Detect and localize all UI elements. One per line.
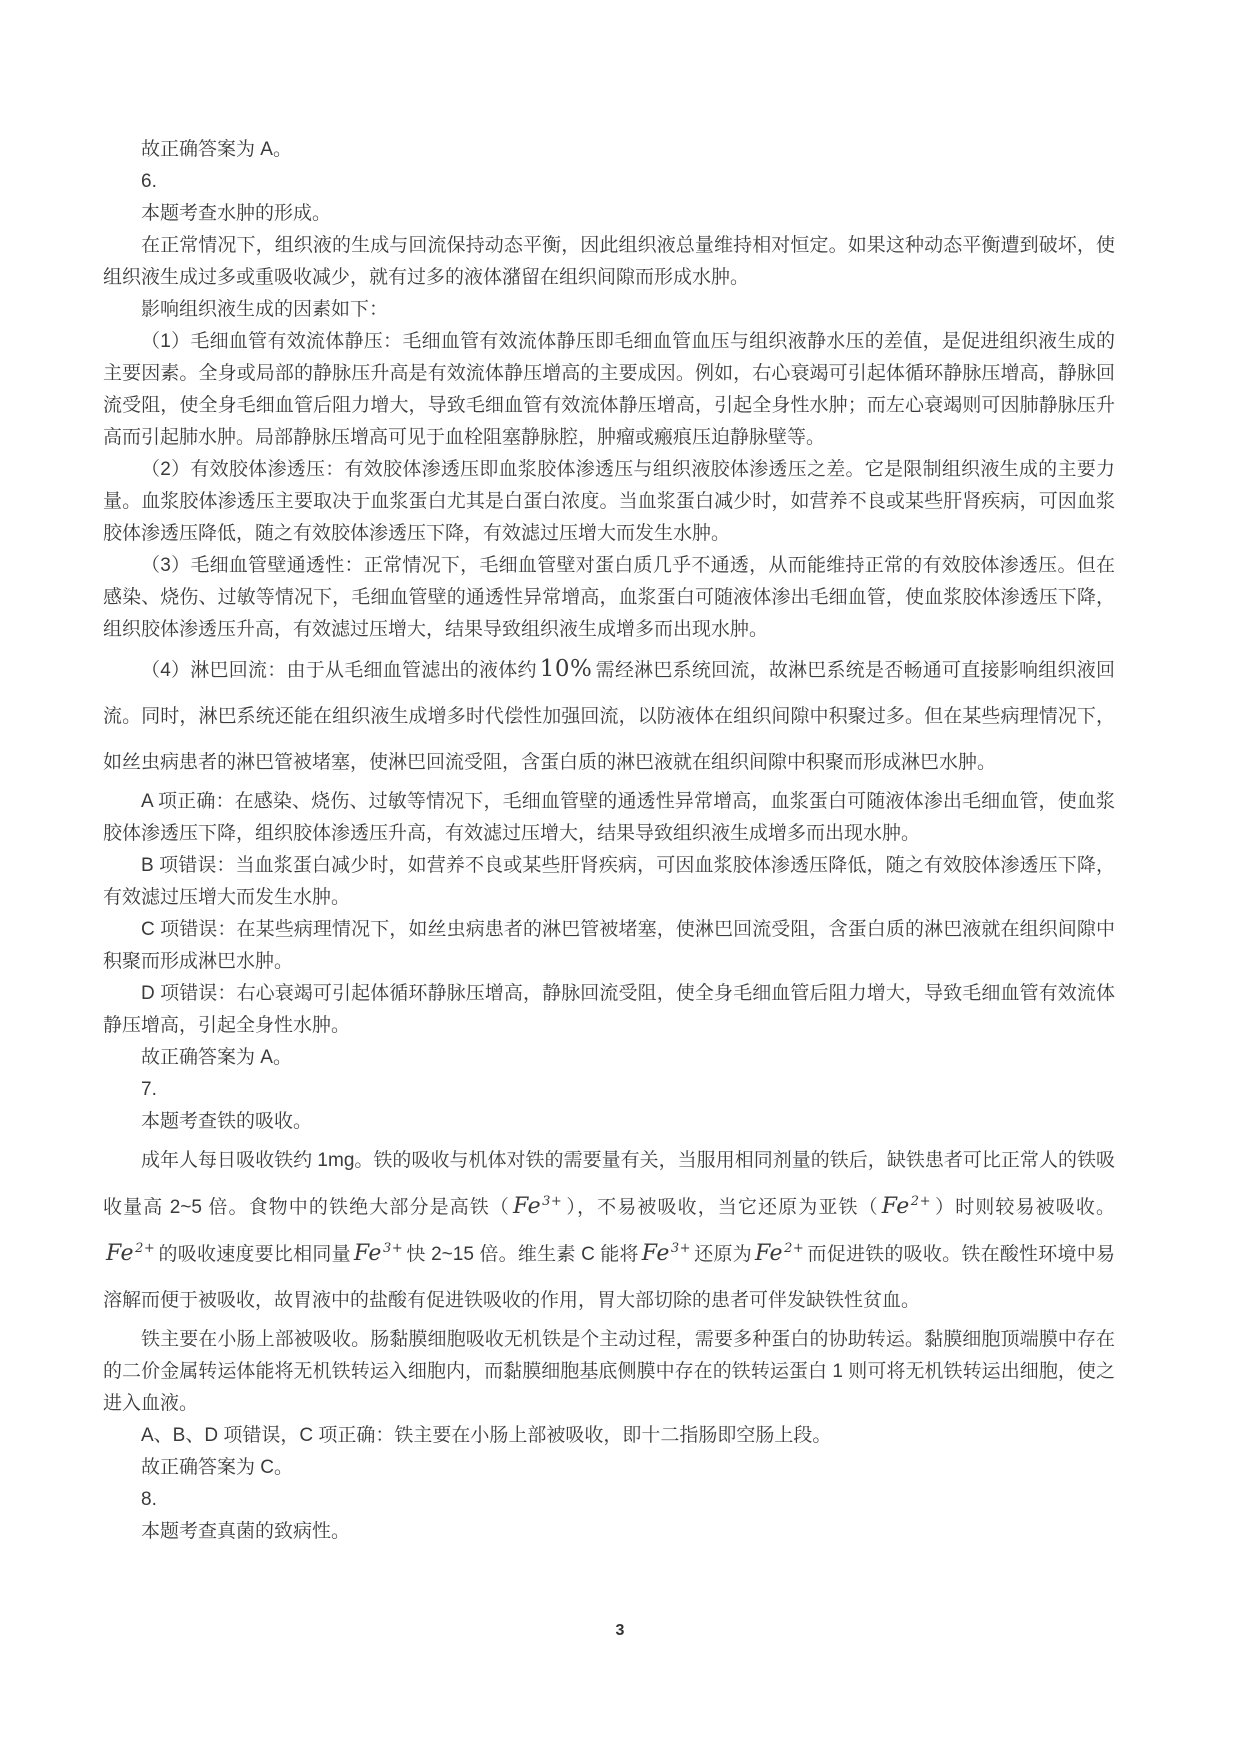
math-superscript: 2+ <box>784 1241 804 1256</box>
page-number: 3 <box>0 1622 1240 1640</box>
text-run: ）时则较易被吸收。 <box>934 1197 1115 1218</box>
math-base: 10% <box>540 656 593 682</box>
text-run: （1）毛细血管有效流体静压：毛细血管有效流体静压即毛细血管血压与组织液静水压的差… <box>103 331 1115 448</box>
text-run: C 项错误：在某些病理情况下，如丝虫病患者的淋巴管被堵塞，使淋巴回流受阻，含蛋白… <box>103 919 1115 972</box>
option-d-paragraph: D 项错误：右心衰竭可引起体循环静脉压增高，静脉回流受阻，使全身毛细血管后阻力增… <box>103 978 1115 1042</box>
topic-line-q8: 本题考查真菌的致病性。 <box>103 1516 1115 1548</box>
text-run: 6. <box>141 171 157 192</box>
math-base: Fe <box>755 1241 783 1266</box>
text-run: 本题考查真菌的致病性。 <box>141 1521 350 1542</box>
math-formula: 10% <box>540 656 593 682</box>
text-run: （2）有效胶体渗透压：有效胶体渗透压即血浆胶体渗透压与组织液胶体渗透压之差。它是… <box>103 459 1115 544</box>
options-summary-paragraph: A、B、D 项错误，C 项正确：铁主要在小肠上部被吸收，即十二指肠即空肠上段。 <box>103 1420 1115 1452</box>
math-base: Fe <box>106 1241 134 1266</box>
question-number-6: 6. <box>103 166 1115 198</box>
document-page: 故正确答案为 A。6.本题考查水肿的形成。在正常情况下，组织液的生成与回流保持动… <box>0 0 1240 1754</box>
text-run: B 项错误：当血浆蛋白减少时，如营养不良或某些肝肾疾病，可因血浆胶体渗透压降低，… <box>103 855 1115 908</box>
math-formula: Fe2+ <box>755 1241 804 1266</box>
math-superscript: 2+ <box>911 1194 931 1209</box>
text-run: 影响组织液生成的因素如下： <box>141 299 388 320</box>
factor-2-paragraph: （2）有效胶体渗透压：有效胶体渗透压即血浆胶体渗透压与组织液胶体渗透压之差。它是… <box>103 454 1115 550</box>
text-run: 铁主要在小肠上部被吸收。肠黏膜细胞吸收无机铁是个主动过程，需要多种蛋白的协助转运… <box>103 1329 1115 1414</box>
factor-1-paragraph: （1）毛细血管有效流体静压：毛细血管有效流体静压即毛细血管血压与组织液静水压的差… <box>103 326 1115 454</box>
answer-line-q5: 故正确答案为 A。 <box>103 134 1115 166</box>
topic-line-q6: 本题考查水肿的形成。 <box>103 198 1115 230</box>
text-run: ），不易被吸收，当它还原为亚铁（ <box>565 1197 878 1218</box>
text-run: 快 2~15 倍。维生素 C 能将 <box>406 1244 639 1265</box>
text-run: （4）淋巴回流：由于从毛细血管滤出的液体约 <box>141 660 537 681</box>
factor-4-paragraph: （4）淋巴回流：由于从毛细血管滤出的液体约10%需经淋巴系统回流，故淋巴系统是否… <box>103 646 1115 786</box>
math-formula: Fe3+ <box>354 1241 403 1266</box>
paragraph: 影响组织液生成的因素如下： <box>103 294 1115 326</box>
text-run: 8. <box>141 1489 157 1510</box>
text-run: 故正确答案为 A。 <box>141 1047 292 1068</box>
question-number-7: 7. <box>103 1074 1115 1106</box>
topic-line-q7: 本题考查铁的吸收。 <box>103 1106 1115 1138</box>
text-run: 在正常情况下，组织液的生成与回流保持动态平衡，因此组织液总量维持相对恒定。如果这… <box>103 235 1115 288</box>
text-run: 本题考查铁的吸收。 <box>141 1111 312 1132</box>
math-base: Fe <box>513 1194 541 1219</box>
text-run: 的吸收速度要比相同量 <box>158 1244 351 1265</box>
text-run: A、B、D 项错误，C 项正确：铁主要在小肠上部被吸收，即十二指肠即空肠上段。 <box>141 1425 831 1446</box>
option-a-paragraph: A 项正确：在感染、烧伤、过敏等情况下，毛细血管壁的通透性异常增高，血浆蛋白可随… <box>103 786 1115 850</box>
option-b-paragraph: B 项错误：当血浆蛋白减少时，如营养不良或某些肝肾疾病，可因血浆胶体渗透压降低，… <box>103 850 1115 914</box>
text-run: D 项错误：右心衰竭可引起体循环静脉压增高，静脉回流受阻，使全身毛细血管后阻力增… <box>103 983 1115 1036</box>
math-superscript: 2+ <box>135 1241 155 1256</box>
paragraph: 在正常情况下，组织液的生成与回流保持动态平衡，因此组织液总量维持相对恒定。如果这… <box>103 230 1115 294</box>
math-formula: Fe3+ <box>642 1241 691 1266</box>
text-run: 7. <box>141 1079 157 1100</box>
math-formula: Fe2+ <box>106 1241 155 1266</box>
text-run: 还原为 <box>694 1244 752 1265</box>
text-run: 故正确答案为 C。 <box>141 1457 293 1478</box>
answer-line-q7: 故正确答案为 C。 <box>103 1452 1115 1484</box>
iron-absorption-paragraph: 成年人每日吸收铁约 1mg。铁的吸收与机体对铁的需要量有关，当服用相同剂量的铁后… <box>103 1138 1115 1324</box>
factor-3-paragraph: （3）毛细血管壁通透性：正常情况下，毛细血管壁对蛋白质几乎不通透，从而能维持正常… <box>103 550 1115 646</box>
math-base: Fe <box>354 1241 382 1266</box>
math-base: Fe <box>642 1241 670 1266</box>
text-run: A 项正确：在感染、烧伤、过敏等情况下，毛细血管壁的通透性异常增高，血浆蛋白可随… <box>103 791 1115 844</box>
text-run: 故正确答案为 A。 <box>141 139 292 160</box>
math-superscript: 3+ <box>671 1241 691 1256</box>
answer-line-q6: 故正确答案为 A。 <box>103 1042 1115 1074</box>
text-run: （3）毛细血管壁通透性：正常情况下，毛细血管壁对蛋白质几乎不通透，从而能维持正常… <box>103 555 1115 640</box>
option-c-paragraph: C 项错误：在某些病理情况下，如丝虫病患者的淋巴管被堵塞，使淋巴回流受阻，含蛋白… <box>103 914 1115 978</box>
math-formula: Fe3+ <box>513 1194 562 1219</box>
math-base: Fe <box>882 1194 910 1219</box>
iron-transport-paragraph: 铁主要在小肠上部被吸收。肠黏膜细胞吸收无机铁是个主动过程，需要多种蛋白的协助转运… <box>103 1324 1115 1420</box>
document-body: 故正确答案为 A。6.本题考查水肿的形成。在正常情况下，组织液的生成与回流保持动… <box>103 134 1115 1548</box>
math-formula: Fe2+ <box>882 1194 931 1219</box>
text-run: 本题考查水肿的形成。 <box>141 203 331 224</box>
math-superscript: 3+ <box>383 1241 403 1256</box>
math-superscript: 3+ <box>542 1194 562 1209</box>
question-number-8: 8. <box>103 1484 1115 1516</box>
